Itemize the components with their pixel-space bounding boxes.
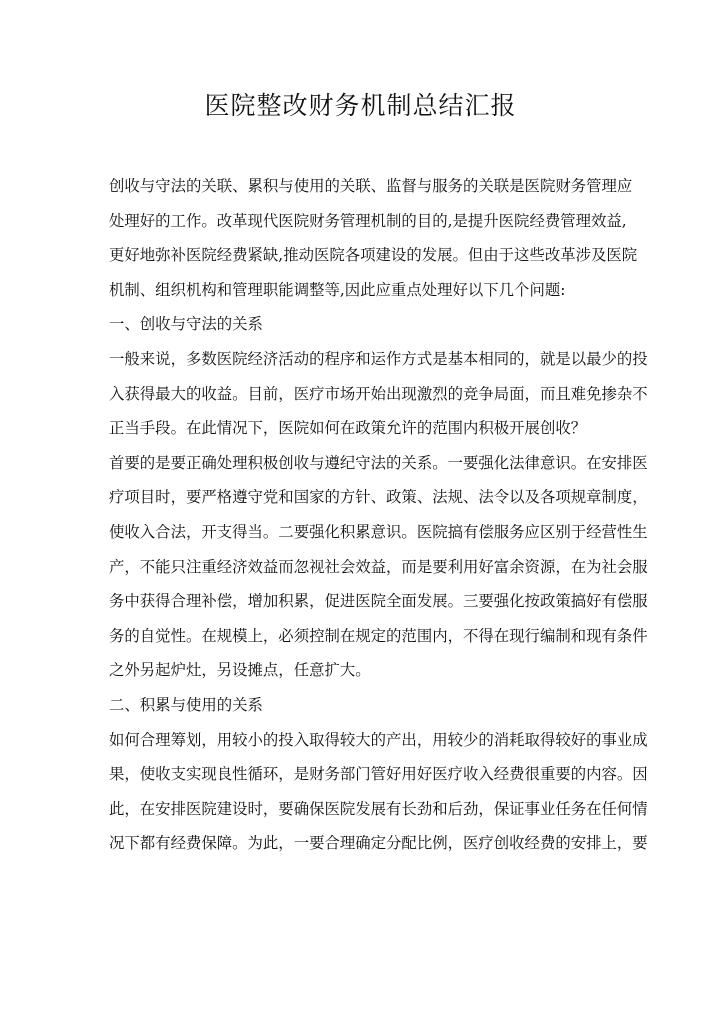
paragraph-line: 产，不能只注重经济效益而忽视社会效益，而是要利用好富余资源，在为社会服 xyxy=(109,553,612,588)
paragraph-line: 况下都有经费保障。为此，一要合理确定分配比例，医疗创收经费的安排上，要 xyxy=(109,829,612,864)
paragraph-line: 之外另起炉灶，另设摊点，任意扩大。 xyxy=(109,656,612,691)
section-heading-2: 二、积累与使用的关系 xyxy=(109,691,612,726)
document-page: 医院整改财务机制总结汇报 创收与守法的关联、累积与使用的关联、监督与服务的关联是… xyxy=(0,0,721,1020)
document-body: 创收与守法的关联、累积与使用的关联、监督与服务的关联是医院财务管理应 处理好的工… xyxy=(109,172,612,864)
document-title: 医院整改财务机制总结汇报 xyxy=(0,86,721,122)
section-heading-1: 一、创收与守法的关系 xyxy=(109,310,612,345)
paragraph-line: 务中获得合理补偿，增加积累，促进医院全面发展。三要强化按政策搞好有偿服 xyxy=(109,587,612,622)
paragraph-line: 首要的是要正确处理积极创收与遵纪守法的关系。一要强化法律意识。在安排医 xyxy=(109,449,612,484)
paragraph-line: 一般来说，多数医院经济活动的程序和运作方式是基本相同的，就是以最少的投 xyxy=(109,345,612,380)
intro-line-4: 机制、组织机构和管理职能调整等,因此应重点处理好以下几个问题: xyxy=(109,276,612,311)
paragraph-line: 如何合理筹划，用较小的投入取得较大的产出，用较少的消耗取得较好的事业成 xyxy=(109,726,612,761)
intro-line-3: 更好地弥补医院经费紧缺,推动医院各项建设的发展。但由于这些改革涉及医院 xyxy=(109,241,612,276)
paragraph-line: 果，使收支实现良性循环，是财务部门管好用好医疗收入经费很重要的内容。因 xyxy=(109,760,612,795)
paragraph-line: 正当手段。在此情况下，医院如何在政策允许的范围内积极开展创收？ xyxy=(109,414,612,449)
intro-line-2: 处理好的工作。改革现代医院财务管理机制的目的,是提升医院经费管理效益, xyxy=(109,207,612,242)
paragraph-line: 入获得最大的收益。目前，医疗市场开始出现激烈的竞争局面，而且难免掺杂不 xyxy=(109,380,612,415)
paragraph-line: 此，在安排医院建设时，要确保医院发展有长劲和后劲，保证事业任务在任何情 xyxy=(109,795,612,830)
paragraph-line: 务的自觉性。在规模上，必须控制在规定的范围内，不得在现行编制和现有条件 xyxy=(109,622,612,657)
paragraph-line: 疗项目时，要严格遵守党和国家的方针、政策、法规、法令以及各项规章制度， xyxy=(109,483,612,518)
paragraph-line: 使收入合法，开支得当。二要强化积累意识。医院搞有偿服务应区别于经营性生 xyxy=(109,518,612,553)
intro-line-1: 创收与守法的关联、累积与使用的关联、监督与服务的关联是医院财务管理应 xyxy=(109,172,612,207)
